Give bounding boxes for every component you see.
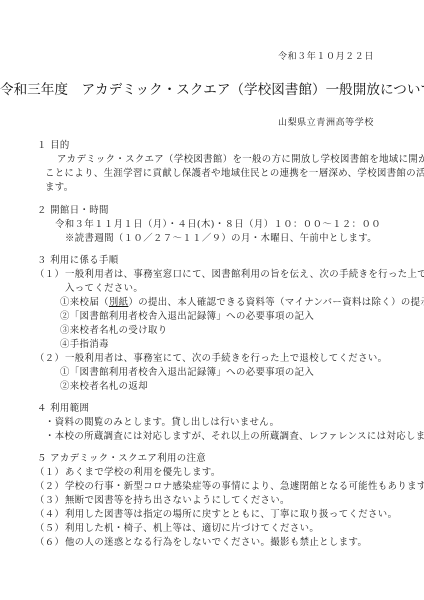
scope-bullet: ・本校の所蔵調査には対応しますが、それ以上の所蔵調査、レファレンスには対応しませ… — [45, 431, 424, 443]
opening-note: ※読書週間（１０／２７～１１／９）の月・木曜日、午前中とします。 — [65, 233, 377, 245]
attachment-form-link[interactable]: 別紙 — [109, 297, 129, 308]
notice-text: あくまで学校の利用を優先します。 — [65, 467, 221, 479]
procedure-2-text: 一般利用者は、事務室にて、次の手続きを行った上で退校してください。 — [65, 353, 387, 365]
notice-text: 利用した机・椅子、机上等は、適切に片づけてください。 — [65, 523, 319, 535]
notice-number: （１） — [35, 467, 64, 479]
scope-bullet: ・資料の閲覧のみとします。貸し出しは行いません。 — [45, 417, 279, 429]
procedure-1-step-1: ①来校届（別紙）の提出、本人確認できる資料等（マイナンバー資料は除く）の提示 — [60, 297, 424, 309]
procedure-1-step-3: ③来校者名札の受け取り — [60, 325, 168, 337]
section-4-heading: ４ 利用範囲 — [37, 403, 89, 415]
section-3-heading: ３ 利用に係る手順 — [37, 255, 119, 267]
notice-number: （３） — [35, 495, 64, 507]
section-1-text-line: ことにより、生涯学習に貢献し保護者や地域住民との連携を一層深め、学校図書館の活用… — [45, 168, 424, 180]
procedure-2-step-2: ②来校者名札の返却 — [60, 381, 148, 393]
notice-text: 他の人の迷惑となる行為をしないでください。撮影も禁止とします。 — [65, 537, 367, 549]
notice-number: （４） — [35, 509, 64, 521]
school-name: 山梨県立青洲高等学校 — [278, 117, 374, 129]
notice-number: （２） — [35, 481, 64, 493]
procedure-2-number: （２） — [35, 353, 64, 365]
procedure-1-text-cont: 入ってください。 — [65, 283, 143, 295]
notice-number: （６） — [35, 537, 64, 549]
procedure-1-text: 一般利用者は、事務室窓口にて、図書館利用の旨を伝え、次の手続きを行った上で校舎内… — [65, 269, 424, 281]
step-text: ①来校届（ — [60, 297, 109, 308]
step-text: ）の提出、本人確認できる資料等（マイナンバー資料は除く）の提示 — [128, 297, 424, 308]
procedure-1-step-4: ④手指消毒 — [60, 339, 109, 351]
notice-number: （５） — [35, 523, 64, 535]
notice-text: 学校の行事・新型コロナ感染症等の事情により、急遽閉館となる可能性もあります。 — [65, 481, 424, 493]
section-1-text-line: ます。 — [45, 182, 74, 194]
document-title: 令和三年度 アカデミック・スクエア（学校図書館）一般開放について — [0, 82, 424, 98]
section-2-heading: ２ 開館日・時間 — [37, 205, 109, 217]
notice-text: 無断で図書等を持ち出さないようにしてください。 — [65, 495, 290, 507]
procedure-1-number: （１） — [35, 269, 64, 281]
section-1-text-line: アカデミック・スクエア（学校図書館）を一般の方に開放し学校図書館を地域に開かれた… — [57, 154, 424, 166]
document-date: 令和３年１０月２２日 — [278, 51, 374, 63]
opening-dates: 令和３年１１月１日（月）・４日(木)・８日（月）１０：００～１２：００ — [55, 219, 381, 231]
notice-text: 利用した図書等は指定の場所に戻すとともに、丁寧に取り扱ってください。 — [65, 509, 397, 521]
procedure-1-step-2: ②「図書館利用者校舎入退出記録簿」への必要事項の記入 — [60, 311, 314, 323]
section-5-heading: ５ アカデミック・スクエア利用の注意 — [37, 453, 206, 465]
section-1-heading: １ 目的 — [37, 140, 70, 152]
procedure-2-step-1: ①「図書館利用者校舎入退出記録簿」への必要事項の記入 — [60, 367, 314, 379]
